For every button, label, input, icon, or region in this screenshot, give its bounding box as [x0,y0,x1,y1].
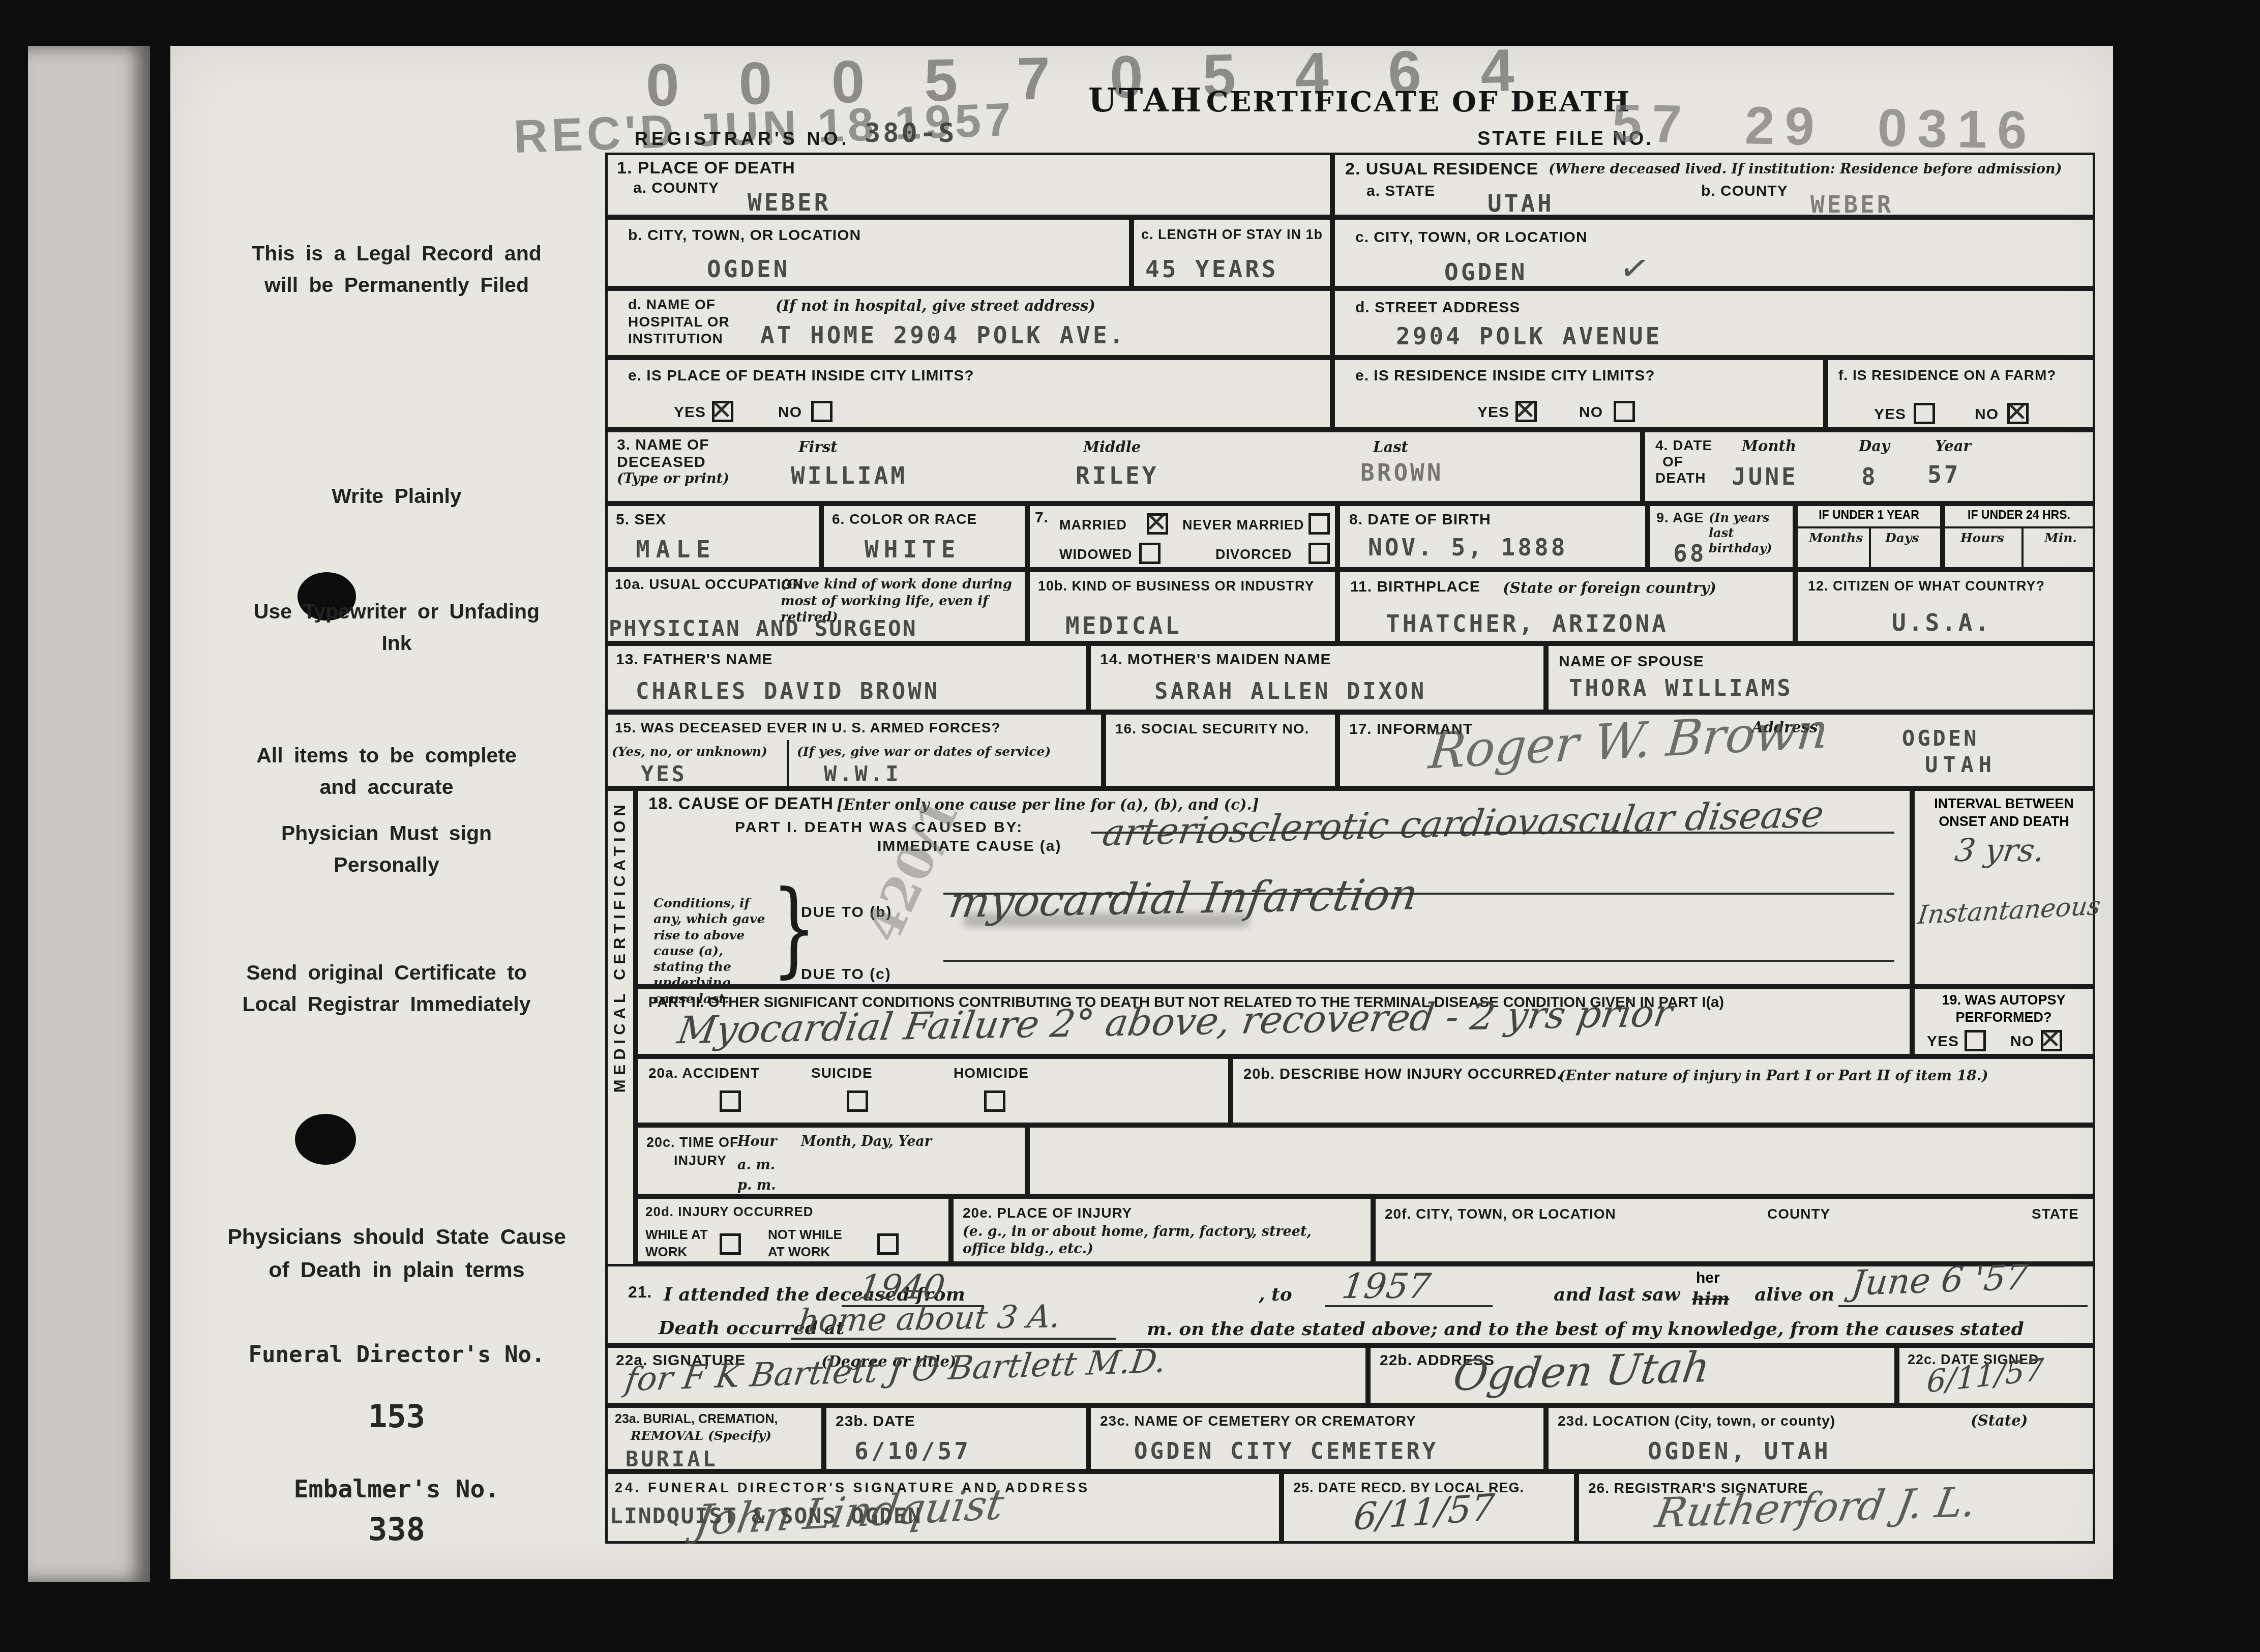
no-label: NO [2010,1033,2034,1050]
attended-text2: , to [1259,1284,1292,1305]
field-if-under-24-hrs: IF UNDER 24 HRS. Hours Min. [1943,504,2095,570]
death-city-limits-no-checkbox [811,401,832,422]
informant-address-state: UTAH [1925,752,1997,777]
injury-state-label: STATE [2032,1206,2079,1222]
title-rest: CERTIFICATE OF DEATH [1206,85,1631,118]
registrar-no-label: REGISTRAR'S NO. [635,128,850,150]
field-part2: PART II. OTHER SIGNIFICANT CONDITIONS CO… [636,987,1912,1056]
year-label: Year [1935,437,1971,455]
length-of-stay-value: 45 YEARS [1145,255,1278,283]
month-label: Month [1742,437,1796,455]
attended-text6: m. on the date stated above; and to the … [1147,1318,2024,1340]
time-injury-label1: 20c. TIME OF [646,1135,739,1150]
divider [787,740,789,788]
cause-label: 18. CAUSE OF DEATH [648,794,834,813]
margin-note-legal-record: This is a Legal Record and will be Perma… [234,238,559,301]
embalmer-no-label: Embalmer's No. [214,1475,580,1503]
residence-state-label: a. STATE [1366,183,1435,200]
field-ssn: 16. SOCIAL SECURITY NO. [1104,712,1337,788]
burial-label-line2: REMOVAL (Specify) [631,1428,771,1443]
day-value: 8 [1861,463,1878,490]
medical-certification-strip: MEDICAL CERTIFICATION [605,788,636,1266]
armed-forces-answer: YES [641,761,687,786]
hospital-label-line2: HOSPITAL OR [628,313,730,331]
margin-note-plain-terms: Physicians should State Cause of Death i… [214,1221,580,1286]
punch-hole [295,1114,356,1165]
hours-label: Hours [1960,530,2004,545]
field-cause-of-death: 18. CAUSE OF DEATH [Enter only one cause… [636,788,1912,987]
armed-forces-label: 15. WAS DECEASED EVER IN U. S. ARMED FOR… [615,720,1001,736]
how-injury-hint: (Enter nature of injury in Part I or Par… [1559,1067,1988,1084]
field-marital-status: 7. MARRIED NEVER MARRIED WIDOWED DIVORCE… [1027,504,1337,570]
middle-name-value: RILEY [1076,462,1158,489]
field-birthplace: 11. BIRTHPLACE (State or foreign country… [1337,570,1795,643]
field-sex: 5. SEX MALE [605,504,821,570]
signer-address-value: Ogden Utah [1450,1343,1713,1400]
attended-him-struck: him [1692,1289,1730,1309]
residence-farm-yes-checkbox [1914,403,1935,424]
spouse-value: THORA WILLIAMS [1569,675,1793,701]
no-label: NO [1579,404,1603,421]
yes-label: YES [1927,1033,1959,1050]
informant-address-city: OGDEN [1902,726,1979,751]
funeral-director-no-value: 153 [214,1398,580,1435]
dod-label-line1: 4. DATE [1655,437,1712,454]
yes-label: YES [674,404,706,421]
deceased-label-line1: 3. NAME OF [617,436,729,454]
field-hospital: d. NAME OF HOSPITAL OR INSTITUTION (If n… [605,288,1332,358]
married-checkbox [1147,513,1168,535]
field-father-name: 13. FATHER'S NAME CHARLES DAVID BROWN [605,643,1088,712]
part1-label: PART I. DEATH WAS CAUSED BY: [735,819,1023,836]
field-time-of-injury: 20c. TIME OF INJURY Hour Month, Day, Yea… [636,1125,1027,1196]
field-name-of-deceased: 3. NAME OF DECEASED (Type or print) Firs… [605,430,1643,504]
title-utah: UTAH [1088,81,1203,120]
min-label: Min. [2044,530,2077,545]
embalmer-no-value: 338 [214,1511,580,1548]
scanner-edge [28,46,150,1582]
spouse-label: NAME OF SPOUSE [1559,653,1704,670]
cemetery-state-hint: (State) [1971,1412,2028,1429]
middle-name-label: Middle [1083,438,1141,456]
not-while-at-work-checkbox [877,1233,899,1255]
interval-b-value: Instantaneous [1916,891,2102,930]
cause-c-line [943,960,1894,962]
field-street-address: d. STREET ADDRESS 2904 POLK AVENUE [1332,288,2095,358]
empty-cell [1027,1125,2095,1196]
page-title: UTAH CERTIFICATE OF DEATH [1088,81,1631,120]
field-date-received: 25. DATE RECD. BY LOCAL REG. 6/11/57 [1282,1471,1577,1544]
age-label: 9. AGE [1656,510,1704,526]
attended-last-seen-value: June 6 '57 [1850,1257,2030,1304]
birthplace-hint: (State or foreign country) [1503,579,1716,597]
field-how-injury: 20b. DESCRIBE HOW INJURY OCCURRED. (Ente… [1231,1056,2095,1125]
injury-county-label: COUNTY [1767,1206,1830,1222]
field-residence-city: c. CITY, TOWN, OR LOCATION OGDEN ✓ [1332,217,2095,288]
day-label: Day [1859,437,1890,455]
father-label: 13. FATHER'S NAME [616,651,773,668]
field-residence-farm: f. IS RESIDENCE ON A FARM? YES NO [1826,358,2095,430]
suicide-checkbox [847,1090,868,1112]
place-of-injury-hint: (e. g., in or about home, farm, factory,… [963,1223,1349,1258]
medical-certification-label: MEDICAL CERTIFICATION [611,800,629,1093]
registrar-no-value: 380-S [865,118,957,149]
informant-signature: Roger W. Brown [1426,702,1831,780]
place-of-death-title: 1. PLACE OF DEATH [617,158,795,178]
field-race: 6. COLOR OR RACE WHITE [821,504,1027,570]
occupation-value: PHYSICIAN AND SURGEON [609,616,917,641]
field-interval: INTERVAL BETWEEN ONSET AND DEATH 3 yrs. … [1912,788,2095,987]
due-b-value: myocardial Infarction [945,869,1421,927]
sex-value: MALE [636,536,717,563]
never-married-checkbox [1309,513,1330,535]
margin-note-complete: All items to be complete and accurate [234,740,539,803]
under-24-hrs-label: IF UNDER 24 HRS. [1945,506,2093,528]
field-funeral-director: 24. FUNERAL DIRECTOR'S SIGNATURE AND ADD… [605,1471,1282,1544]
not-while-at-work-label: NOT WHILE AT WORK [768,1226,844,1261]
field-age: 9. AGE (In years last birthday) 68 [1648,504,1795,570]
field-city-of-death: b. CITY, TOWN, OR LOCATION OGDEN [605,217,1132,288]
blank-line [1838,1305,2088,1307]
burial-label-line1: 23a. BURIAL, CREMATION, [615,1412,778,1427]
field-place-of-death: 1. PLACE OF DEATH a. COUNTY WEBER [605,153,1332,217]
am-label: a. m. [737,1157,775,1173]
while-at-work-label: WHILE AT WORK [645,1226,711,1261]
margin-note-write-plainly: Write Plainly [234,481,559,512]
residence-title-hint: (Where deceased lived. If institution: R… [1549,161,2062,177]
residence-title: 2. USUAL RESIDENCE [1345,159,1538,179]
field-length-of-stay: c. LENGTH OF STAY IN 1b 45 YEARS [1132,217,1332,288]
field-registrar-signature: 26. REGISTRAR'S SIGNATURE Rutherford J. … [1577,1471,2095,1544]
marital-label: 7. [1035,509,1049,526]
accident-label: 20a. ACCIDENT [648,1065,760,1081]
deceased-label-hint: (Type or print) [617,471,729,487]
residence-county-value: WEBER [1810,191,1893,218]
armed-forces-service: W.W.I [824,761,901,786]
residence-city-limits-yes-checkbox [1515,401,1537,422]
never-married-label: NEVER MARRIED [1182,517,1304,533]
blank-line [1325,1305,1493,1307]
city-of-death-label: b. CITY, TOWN, OR LOCATION [628,227,861,244]
injury-city-label: 20f. CITY, TOWN, OR LOCATION [1385,1206,1616,1222]
residence-city-label: c. CITY, TOWN, OR LOCATION [1355,229,1588,246]
industry-label: 10b. KIND OF BUSINESS OR INDUSTRY [1038,578,1315,594]
cemetery-label: 23c. NAME OF CEMETERY OR CREMATORY [1100,1413,1416,1429]
first-name-value: WILLIAM [791,462,907,489]
field-injury-occurred: 20d. INJURY OCCURRED WHILE AT WORK NOT W… [636,1196,951,1264]
dod-label-line2: OF [1655,454,1712,470]
field-armed-forces: 15. WAS DECEASED EVER IN U. S. ARMED FOR… [605,712,1104,788]
field-date-of-death: 4. DATE OF DEATH Month Day Year JUNE 8 5… [1643,430,2095,504]
death-certificate-scan: This is a Legal Record and will be Perma… [0,0,2260,1652]
injury-occurred-label: 20d. INJURY OCCURRED [645,1204,814,1220]
autopsy-yes-checkbox [1965,1030,1986,1051]
divider [2021,526,2024,567]
field-burial: 23a. BURIAL, CREMATION, REMOVAL (Specify… [605,1405,824,1471]
field-signer-address: 22b. ADDRESS Ogden Utah [1368,1345,1897,1405]
race-label: 6. COLOR OR RACE [832,511,977,527]
divorced-checkbox [1309,543,1330,564]
suicide-label: SUICIDE [811,1065,873,1081]
age-value: 68 [1673,540,1706,567]
field-injury-city: 20f. CITY, TOWN, OR LOCATION COUNTY STAT… [1373,1196,2095,1264]
burial-date-label: 23b. DATE [836,1413,915,1430]
sex-label: 5. SEX [616,511,666,528]
yes-label: YES [1477,404,1509,421]
field-signature: 22a. SIGNATURE (Degree or title) for F K… [605,1345,1368,1405]
dob-label: 8. DATE OF BIRTH [1349,511,1491,528]
field-if-under-1-year: IF UNDER 1 YEAR Months Days [1795,504,1943,570]
while-at-work-checkbox [720,1233,741,1255]
days-label: Days [1885,530,1919,545]
hospital-value: AT HOME 2904 POLK AVE. [760,321,1126,349]
field-occupation: 10a. USUAL OCCUPATION (Give kind of work… [605,570,1027,643]
autopsy-label-line2: PERFORMED? [1920,1010,2088,1025]
burial-value: BURIAL [626,1447,718,1471]
ssn-label: 16. SOCIAL SECURITY NO. [1115,721,1309,737]
interval-label: INTERVAL BETWEEN ONSET AND DEATH [1919,795,2089,831]
first-name-label: First [798,438,838,456]
month-value: JUNE [1732,463,1798,490]
residence-farm-no-checkbox [2007,403,2029,424]
field-citizen: 12. CITIZEN OF WHAT COUNTRY? U.S.A. [1795,570,2095,643]
last-name-value: BROWN [1360,459,1443,486]
handwritten-checkmark: ✓ [1616,246,1653,292]
autopsy-no-checkbox [2041,1030,2062,1051]
hospital-label: d. NAME OF HOSPITAL OR INSTITUTION [628,296,730,347]
accident-checkbox [720,1090,741,1112]
armed-forces-hint1: (Yes, no, or unknown) [612,744,767,759]
street-address-label: d. STREET ADDRESS [1355,299,1520,316]
field-attended: 21. I attended the deceased from 1940 , … [605,1264,2095,1345]
interval-a-value: 3 yrs. [1953,832,2047,869]
funeral-director-no-label: Funeral Director's No. [214,1340,580,1369]
autopsy-label-line1: 19. WAS AUTOPSY [1920,992,2088,1008]
cemetery-location-label: 23d. LOCATION (City, town, or county) [1558,1413,1835,1429]
field-burial-date: 23b. DATE 6/10/57 [824,1405,1088,1471]
death-city-limits-label: e. IS PLACE OF DEATH INSIDE CITY LIMITS? [628,367,974,385]
field-cemetery-location: 23d. LOCATION (City, town, or county) (S… [1546,1405,2095,1471]
widowed-label: WIDOWED [1059,547,1132,563]
cemetery-value: OGDEN CITY CEMETERY [1134,1438,1438,1464]
blank-line [791,1338,1116,1340]
dob-value: NOV. 5, 1888 [1368,534,1567,561]
month-day-year-label: Month, Day, Year [801,1134,932,1149]
father-value: CHARLES DAVID BROWN [636,678,940,704]
deceased-label: 3. NAME OF DECEASED (Type or print) [617,436,729,487]
field-place-of-injury: 20e. PLACE OF INJURY (e. g., in or about… [951,1196,1373,1264]
divorced-label: DIVORCED [1215,547,1292,563]
field-autopsy: 19. WAS AUTOPSY PERFORMED? YES NO [1912,987,2095,1056]
residence-city-limits-label: e. IS RESIDENCE INSIDE CITY LIMITS? [1355,367,1655,385]
margin-note-send-original: Send original Certificate to Local Regis… [234,957,539,1020]
no-label: NO [1975,406,1999,423]
attended-text4: alive on [1755,1284,1834,1305]
mother-value: SARAH ALLEN DIXON [1154,678,1426,704]
dod-label-line3: DEATH [1655,470,1712,486]
deceased-label-line2: DECEASED [617,454,729,471]
residence-farm-label: f. IS RESIDENCE ON A FARM? [1838,367,2056,383]
months-label: Months [1809,530,1863,545]
armed-forces-hint2: (If yes, give war or dates of service) [797,744,1051,759]
attended-her: her [1696,1270,1720,1287]
cause-a-line [1091,832,1894,834]
state-file-value: 57 29 0316 [1612,93,2037,162]
burial-date-value: 6/10/57 [854,1437,971,1465]
year-value: 57 [1927,461,1960,488]
field-industry: 10b. KIND OF BUSINESS OR INDUSTRY MEDICA… [1027,570,1337,643]
attended-text3: and last saw [1554,1284,1680,1305]
death-city-limits-yes-checkbox [712,401,733,422]
hour-label: Hour [737,1134,777,1149]
attended-to-value: 1957 [1340,1266,1433,1307]
under-1-year-label: IF UNDER 1 YEAR [1798,506,1940,528]
hospital-label-line3: INSTITUTION [628,330,730,347]
place-of-injury-label: 20e. PLACE OF INJURY [963,1205,1132,1221]
no-label: NO [778,404,802,421]
margin-note-typewriter: Use Typewriter or Unfading Ink [234,596,559,659]
citizen-value: U.S.A. [1892,609,1991,636]
street-address-value: 2904 POLK AVENUE [1396,322,1662,350]
county-label: a. COUNTY [633,180,719,197]
industry-value: MEDICAL [1065,612,1182,639]
date-of-death-label: 4. DATE OF DEATH [1655,437,1712,486]
attended-num: 21. [628,1283,652,1302]
residence-city-value: OGDEN [1444,258,1527,286]
field-date-of-birth: 8. DATE OF BIRTH NOV. 5, 1888 [1337,504,1648,570]
residence-county-label: b. COUNTY [1701,183,1788,200]
hospital-label-line1: d. NAME OF [628,296,730,313]
yes-label: YES [1874,406,1906,423]
field-spouse-name: NAME OF SPOUSE THORA WILLIAMS [1546,643,2095,712]
length-of-stay-label: c. LENGTH OF STAY IN 1b [1141,227,1323,243]
attended-occurred-value: home about 3 A. [796,1297,1063,1339]
margin-note-physician-sign: Physician Must sign Personally [234,818,539,880]
hospital-hint: (If not in hospital, give street address… [776,297,1095,314]
how-injury-label: 20b. DESCRIBE HOW INJURY OCCURRED. [1243,1066,1561,1083]
last-name-label: Last [1373,438,1408,456]
field-death-city-limits: e. IS PLACE OF DEATH INSIDE CITY LIMITS?… [605,358,1332,430]
homicide-checkbox [984,1090,1005,1112]
residence-state-value: UTAH [1488,190,1554,217]
occupation-label: 10a. USUAL OCCUPATION [615,576,804,593]
married-label: MARRIED [1059,517,1127,533]
field-informant: 17. INFORMANT Address Roger W. Brown OGD… [1337,712,2095,788]
cause-b-line [943,893,1894,895]
county-value: WEBER [748,189,830,216]
field-cemetery: 23c. NAME OF CEMETERY OR CREMATORY OGDEN… [1088,1405,1546,1471]
field-injury-type: 20a. ACCIDENT SUICIDE HOMICIDE [636,1056,1231,1125]
field-residence-city-limits: e. IS RESIDENCE INSIDE CITY LIMITS? YES … [1332,358,1826,430]
residence-city-limits-no-checkbox [1614,401,1635,422]
field-date-signed: 22c. DATE SIGNED 6/11/57 [1897,1345,2095,1405]
widowed-checkbox [1139,543,1161,564]
mother-label: 14. MOTHER'S MAIDEN NAME [1100,651,1331,668]
homicide-label: HOMICIDE [954,1065,1029,1081]
due-c-label: DUE TO (c) [801,966,891,983]
birthplace-label: 11. BIRTHPLACE [1350,578,1480,596]
race-value: WHITE [865,536,960,563]
time-injury-label2: INJURY [674,1153,727,1169]
field-usual-residence: 2. USUAL RESIDENCE (Where deceased lived… [1332,153,2095,217]
divider [1869,526,1871,567]
signature-value: for F K Bartlett J O Bartlett M.D. [623,1342,1169,1399]
age-hint: (In years last birthday) [1709,510,1793,556]
field-mother-name: 14. MOTHER'S MAIDEN NAME SARAH ALLEN DIX… [1088,643,1546,712]
city-of-death-value: OGDEN [707,255,790,283]
cemetery-location-value: OGDEN, UTAH [1648,1437,1831,1465]
pm-label: p. m. [737,1177,776,1193]
citizen-label: 12. CITIZEN OF WHAT COUNTRY? [1808,578,2045,594]
birthplace-value: THATCHER, ARIZONA [1386,610,1669,637]
